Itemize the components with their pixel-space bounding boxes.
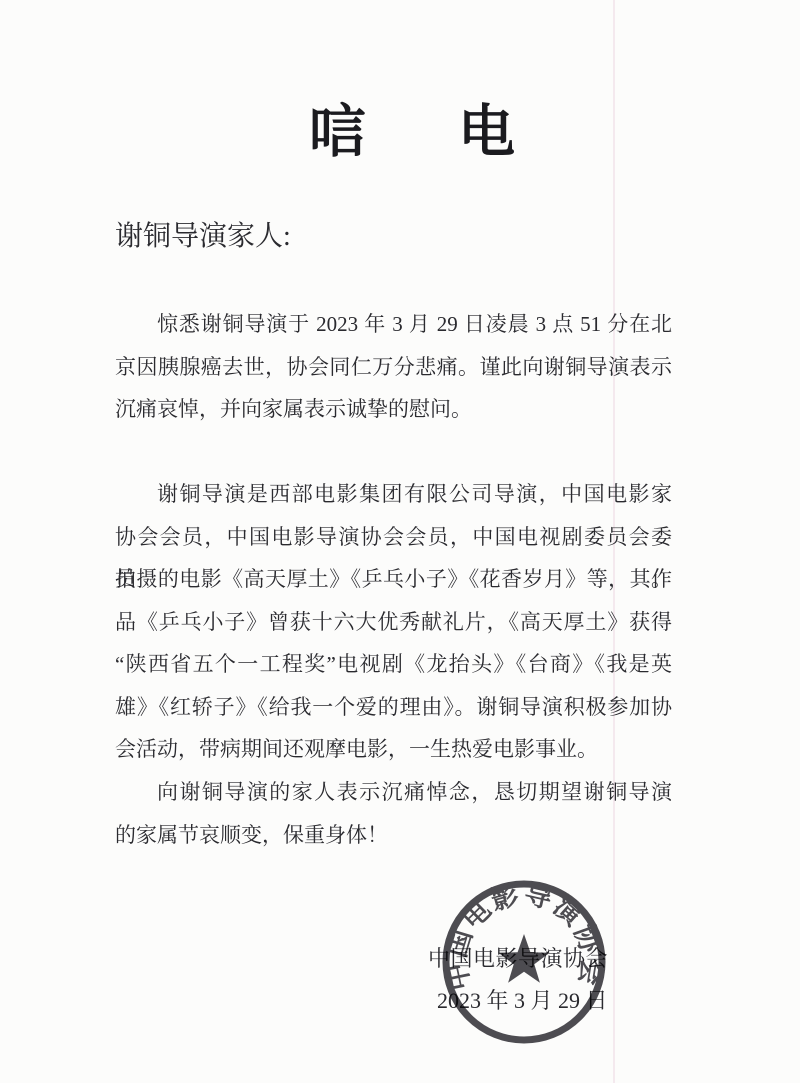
body-line: 的家属节哀顺变，保重身体！ [115,814,672,857]
body-line: 品《乒乓小子》曾获十六大优秀献礼片，《高天厚土》获得 [115,601,672,644]
body-line: 拍摄的电影《高天厚土》《乒乓小子》《花香岁月》等，其作 [115,558,672,601]
body-line: 京因胰腺癌去世，协会同仁万分悲痛。谨此向谢铜导演表示 [115,346,672,389]
scanned-letter-page: 唁 电 谢铜导演家人: 惊悉谢铜导演于 2023 年 3 月 29 日凌晨 3 … [0,0,800,1083]
signature-date: 2023 年 3 月 29 日 [437,988,608,1014]
title-char-right: 电 [458,100,515,166]
document-title: 唁 电 [12,100,800,166]
title-char-left: 唁 [309,100,366,166]
body-line: 向谢铜导演的家人表示沉痛悼念，恳切期望谢铜导演 [115,771,672,814]
paragraph-2: 谢铜导演是西部电影集团有限公司导演，中国电影家 协会会员，中国电影导演协会会员，… [115,473,672,771]
body-line: “陕西省五个一工程奖”电视剧《龙抬头》《台商》《我是英 [115,643,672,686]
body-line: 会活动，带病期间还观摩电影，一生热爱电影事业。 [115,728,672,771]
salutation: 谢铜导演家人: [115,219,291,255]
body-line: 谢铜导演是西部电影集团有限公司导演，中国电影家 [115,473,672,516]
body-line: 惊悉谢铜导演于 2023 年 3 月 29 日凌晨 3 点 51 分在北 [115,303,672,346]
paragraph-1: 惊悉谢铜导演于 2023 年 3 月 29 日凌晨 3 点 51 分在北 京因胰… [115,303,672,431]
body-line: 雄》《红轿子》《给我一个爱的理由》。谢铜导演积极参加协 [115,686,672,729]
signature-organization: 中国电影导演协会 [428,946,608,972]
body-line: 沉痛哀悼，并向家属表示诚挚的慰问。 [115,388,672,431]
paragraph-3: 向谢铜导演的家人表示沉痛悼念，恳切期望谢铜导演 的家属节哀顺变，保重身体！ [115,771,672,856]
body-line: 协会会员，中国电影导演协会会员，中国电视剧委员会委员。 [115,516,672,559]
seal-text: 中国电影导演协会 [441,879,607,993]
